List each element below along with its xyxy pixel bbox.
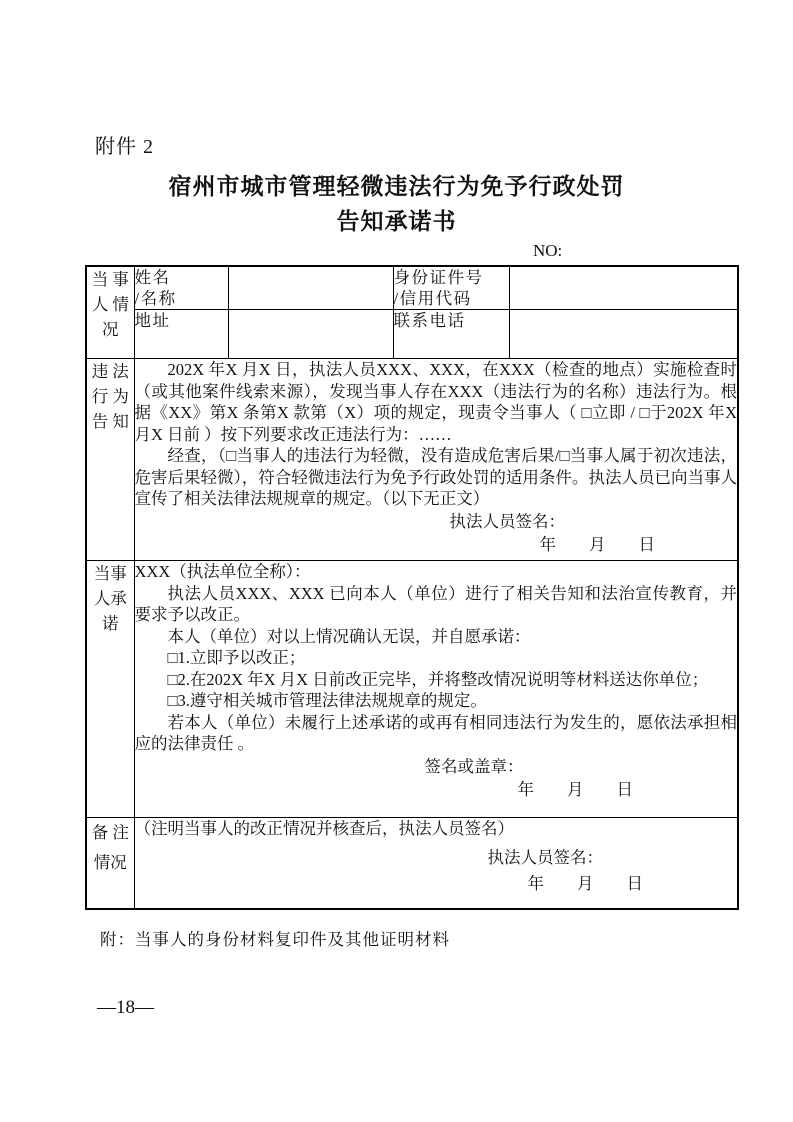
remarks-cell: （注明当事人的改正情况并核查后，执法人员签名） 执法人员签名： 年 月 日 [134,818,738,909]
commitment-form-table: 当 事 人 情 况 姓名 /名称 身份证件号 /信用代码 地址 联系电话 违 法… [85,265,739,910]
name-value-cell [228,266,393,310]
commitment-paragraph-1: 执法人员XXX、XXX 已向本人（单位）进行了相关告知和法治宣传教育，并要求予以… [135,583,738,626]
attachment-note: 附：当事人的身份材料复印件及其他证明材料 [100,926,450,950]
attachment-label: 附件 2 [95,130,154,159]
violation-notice-row: 违 法 行 为 告 知 202X 年X 月X 日，执法人员XXX、XXX，在XX… [86,359,738,561]
page-number: —18— [97,997,154,1019]
id-number-value-cell [509,266,738,310]
violation-notice-cell: 202X 年X 月X 日，执法人员XXX、XXX，在XXX（检查的地点）实施检查… [134,359,738,561]
commitment-item-3: □3.遵守相关城市管理法律法规规章的规定。 [135,690,738,712]
violation-date-line: 年 月 日 [540,533,738,556]
violation-paragraph-1: 202X 年X 月X 日，执法人员XXX、XXX，在XXX（检查的地点）实施检查… [135,359,738,445]
row-header-party-commitment: 当事 人承 诺 [86,561,134,818]
phone-label: 联系电话 [393,310,509,359]
row-header-party-info: 当 事 人 情 况 [86,266,134,359]
party-info-row-2: 地址 联系电话 [86,310,738,359]
commitment-paragraph-2: 本人（单位）对以上情况确认无误，并自愿承诺： [135,626,738,648]
document-title-line2: 告知承诺书 [0,203,793,236]
row-header-violation-notice: 违 法 行 为 告 知 [86,359,134,561]
document-title-line1: 宿州市城市管理轻微违法行为免予行政处罚 [0,168,793,201]
name-label: 姓名 /名称 [134,266,228,310]
remarks-date-line: 年 月 日 [528,872,738,895]
document-number-label: NO: [533,241,562,261]
remarks-note: （注明当事人的改正情况并核查后，执法人员签名） [135,818,738,840]
enforcer-signature-label: 执法人员签名： [450,510,738,533]
remarks-row: 备 注 情况 （注明当事人的改正情况并核查后，执法人员签名） 执法人员签名： 年… [86,818,738,909]
sign-or-seal-label: 签名或盖章： [425,755,738,778]
party-commitment-cell: XXX（执法单位全称）： 执法人员XXX、XXX 已向本人（单位）进行了相关告知… [134,561,738,818]
address-value-cell [228,310,393,359]
party-commitment-row: 当事 人承 诺 XXX（执法单位全称）： 执法人员XXX、XXX 已向本人（单位… [86,561,738,818]
party-info-row-1: 当 事 人 情 况 姓名 /名称 身份证件号 /信用代码 [86,266,738,310]
commitment-paragraph-3: 若本人（单位）未履行上述承诺的或再有相同违法行为发生的，愿依法承担相应的法律责任… [135,712,738,755]
document-page: 附件 2 宿州市城市管理轻微违法行为免予行政处罚 告知承诺书 NO: 当 事 人… [0,0,793,1122]
violation-paragraph-2: 经查，（□当事人的违法行为轻微，没有造成危害后果/□当事人属于初次违法，危害后果… [135,445,738,510]
commitment-item-1: □1.立即予以改正； [135,647,738,669]
commitment-salutation: XXX（执法单位全称）： [135,561,738,583]
id-number-label: 身份证件号 /信用代码 [393,266,509,310]
address-label: 地址 [134,310,228,359]
phone-value-cell [509,310,738,359]
commitment-date-line: 年 月 日 [518,778,738,801]
row-header-remarks: 备 注 情况 [86,818,134,909]
remarks-enforcer-signature-label: 执法人员签名： [488,846,738,869]
commitment-item-2: □2.在202X 年X 月X 日前改正完毕，并将整改情况说明等材料送达你单位； [135,669,738,691]
